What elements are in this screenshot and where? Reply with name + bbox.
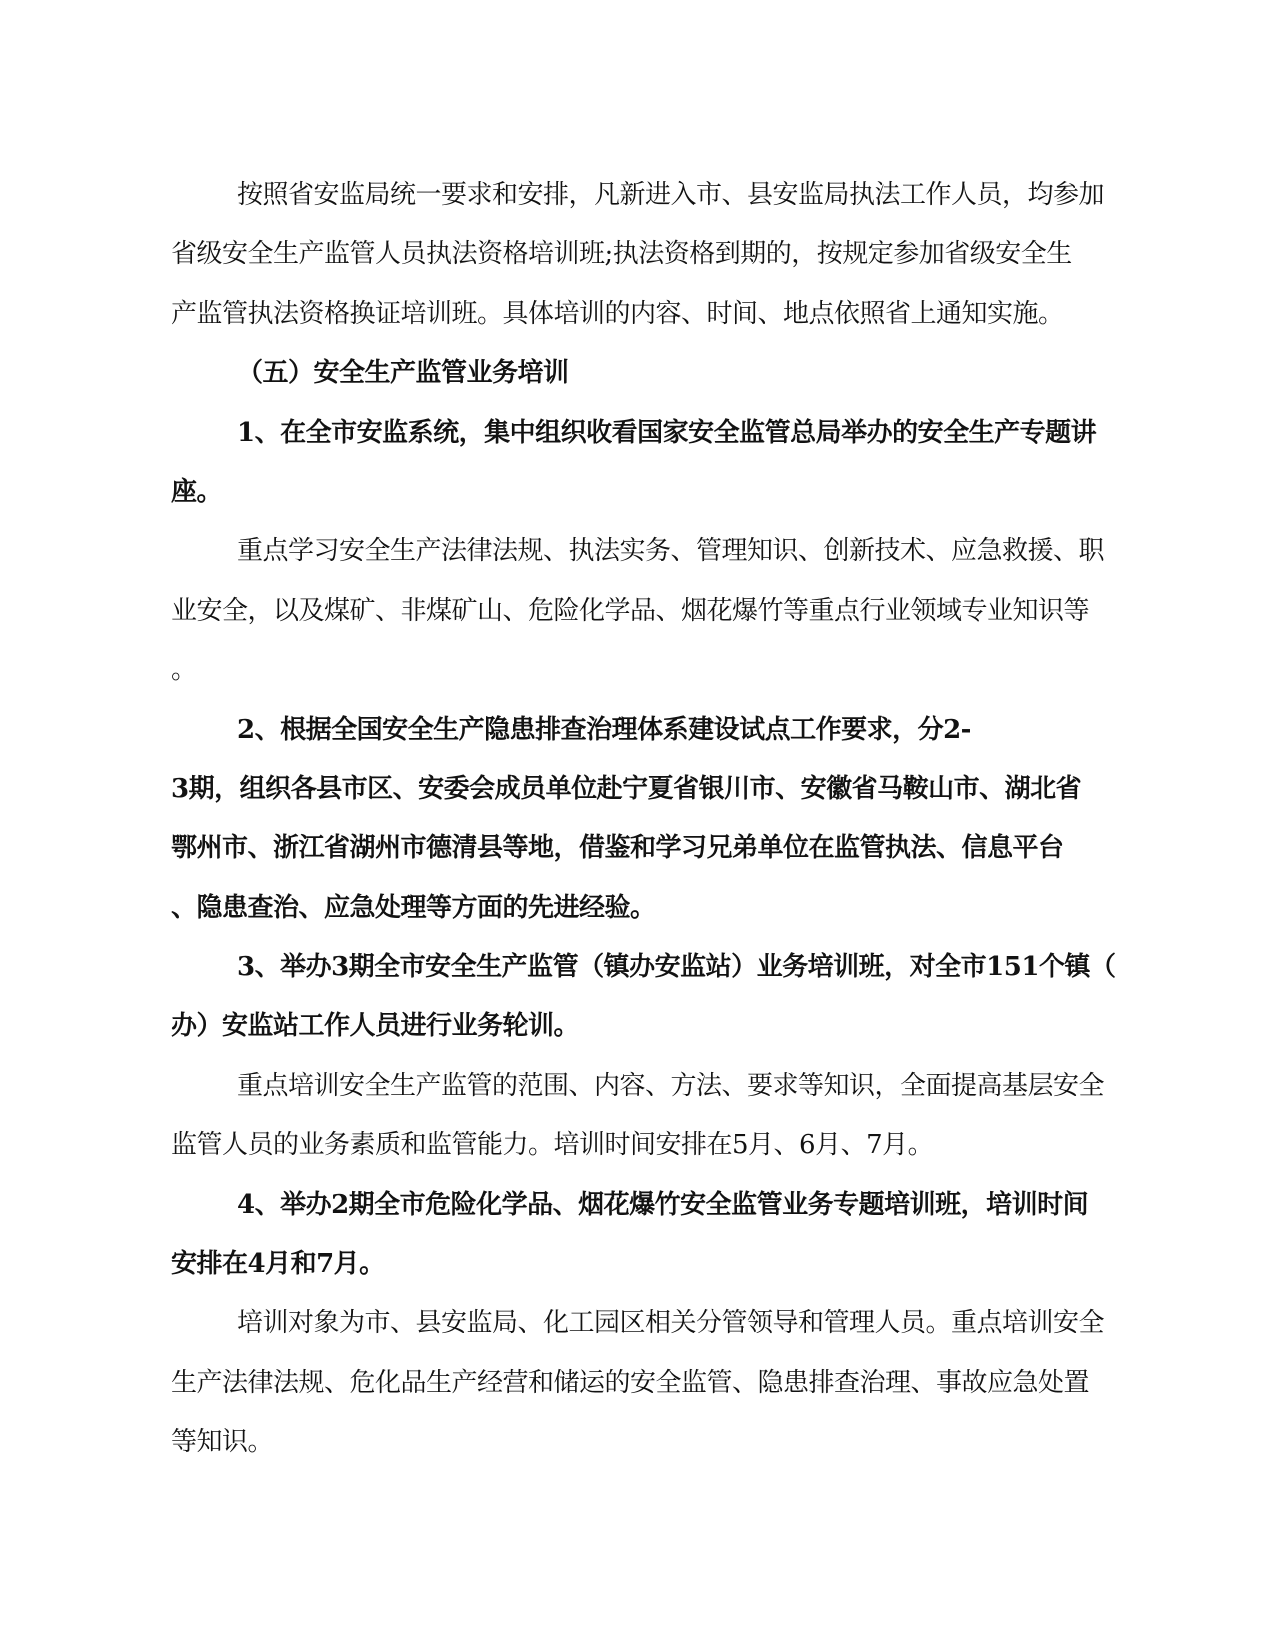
text-line: 、隐患查治、应急处理等方面的先进经验。 bbox=[171, 879, 1111, 938]
text-line: 培训对象为市、县安监局、化工园区相关分管领导和管理人员。重点培训安全 bbox=[171, 1294, 1111, 1353]
text-line: 等知识。 bbox=[171, 1413, 1111, 1472]
text-line: 业安全，以及煤矿、非煤矿山、危险化学品、烟花爆竹等重点行业领域专业知识等 bbox=[171, 582, 1111, 641]
text-line: 鄂州市、浙江省湖州市德清县等地，借鉴和学习兄弟单位在监管执法、信息平台 bbox=[171, 819, 1111, 878]
paragraph: 重点学习安全生产法律法规、执法实务、管理知识、创新技术、应急救援、职 业安全，以… bbox=[171, 522, 1111, 700]
section-heading: （五）安全生产监管业务培训 bbox=[171, 344, 1111, 403]
document-page: 按照省安监局统一要求和安排，凡新进入市、县安监局执法工作人员，均参加 省级安全生… bbox=[0, 0, 1275, 1650]
text-line: 座。 bbox=[171, 463, 1111, 522]
paragraph: 重点培训安全生产监管的范围、内容、方法、要求等知识，全面提高基层安全 监管人员的… bbox=[171, 1057, 1111, 1176]
text-line: 4、举办2期全市危险化学品、烟花爆竹安全监管业务专题培训班，培训时间 bbox=[171, 1176, 1111, 1235]
paragraph: 1、在全市安监系统，集中组织收看国家安全监管总局举办的安全生产专题讲 座。 bbox=[171, 404, 1111, 523]
text-line: 1、在全市安监系统，集中组织收看国家安全监管总局举办的安全生产专题讲 bbox=[171, 404, 1111, 463]
text-line: 安排在4月和7月。 bbox=[171, 1235, 1111, 1294]
paragraph: 4、举办2期全市危险化学品、烟花爆竹安全监管业务专题培训班，培训时间 安排在4月… bbox=[171, 1176, 1111, 1295]
text-line: 3期，组织各县市区、安委会成员单位赴宁夏省银川市、安徽省马鞍山市、湖北省 bbox=[171, 760, 1111, 819]
text-line: 生产法律法规、危化品生产经营和储运的安全监管、隐患排查治理、事故应急处置 bbox=[171, 1354, 1111, 1413]
text-line: 3、举办3期全市安全生产监管（镇办安监站）业务培训班，对全市151个镇（ bbox=[171, 938, 1111, 997]
text-line: 办）安监站工作人员进行业务轮训。 bbox=[171, 997, 1111, 1056]
text-line: 产监管执法资格换证培训班。具体培训的内容、时间、地点依照省上通知实施。 bbox=[171, 285, 1111, 344]
text-line: 重点学习安全生产法律法规、执法实务、管理知识、创新技术、应急救援、职 bbox=[171, 522, 1111, 581]
text-line: 省级安全生产监管人员执法资格培训班;执法资格到期的，按规定参加省级安全生 bbox=[171, 225, 1111, 284]
text-line: 监管人员的业务素质和监管能力。培训时间安排在5月、6月、7月。 bbox=[171, 1116, 1111, 1175]
text-line: 2、根据全国安全生产隐患排查治理体系建设试点工作要求，分2- bbox=[171, 701, 1111, 760]
text-line: 重点培训安全生产监管的范围、内容、方法、要求等知识，全面提高基层安全 bbox=[171, 1057, 1111, 1116]
text-line: 。 bbox=[171, 641, 1111, 700]
paragraph: 培训对象为市、县安监局、化工园区相关分管领导和管理人员。重点培训安全 生产法律法… bbox=[171, 1294, 1111, 1472]
paragraph: 2、根据全国安全生产隐患排查治理体系建设试点工作要求，分2- 3期，组织各县市区… bbox=[171, 701, 1111, 939]
text-line: （五）安全生产监管业务培训 bbox=[171, 344, 1111, 403]
document-body: 按照省安监局统一要求和安排，凡新进入市、县安监局执法工作人员，均参加 省级安全生… bbox=[171, 166, 1111, 1473]
text-line: 按照省安监局统一要求和安排，凡新进入市、县安监局执法工作人员，均参加 bbox=[171, 166, 1111, 225]
paragraph: 3、举办3期全市安全生产监管（镇办安监站）业务培训班，对全市151个镇（ 办）安… bbox=[171, 938, 1111, 1057]
paragraph: 按照省安监局统一要求和安排，凡新进入市、县安监局执法工作人员，均参加 省级安全生… bbox=[171, 166, 1111, 344]
